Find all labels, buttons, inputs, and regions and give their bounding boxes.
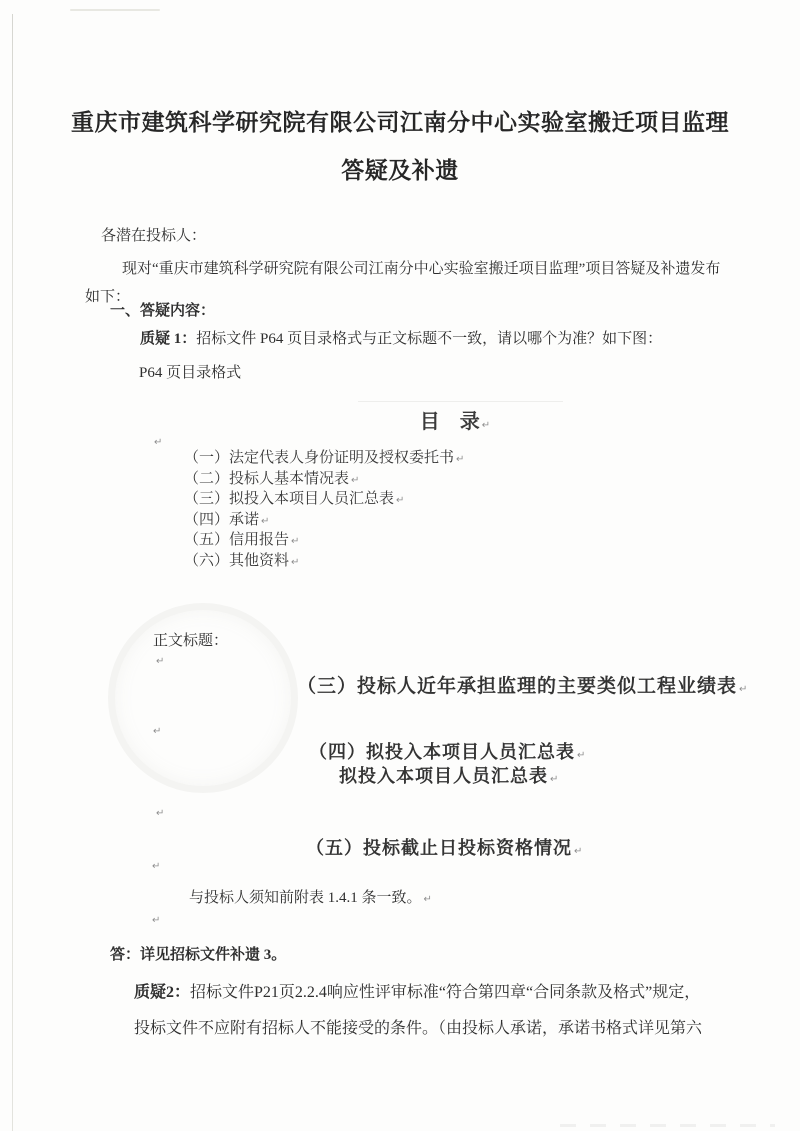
paragraph-mark-icon: ↵ [261,516,269,527]
question2-line1: 质疑2：招标文件P21页2.2.4响应性评审标准“符合第四章“合同条款及格式”规… [134,979,700,1002]
toc-item: （三）拟投入本项目人员汇总表↵ [184,490,464,511]
document-title: 重庆市建筑科学研究院有限公司江南分中心实验室搬迁项目监理 答疑及补遗 [0,99,800,195]
paragraph-mark-icon: ↵ [154,437,162,448]
question1-line: 质疑 1：招标文件 P64 页目录格式与正文标题不一致，请以哪个为准？如下图： [140,327,662,348]
toc-item: （一）法定代表人身份证明及授权委托书↵ [184,449,464,470]
toc-item: （六）其他资料↵ [184,552,464,573]
paragraph-mark-icon: ↵ [396,495,404,506]
toc-item: （五）信用报告↵ [184,531,464,552]
paragraph-mark-icon: ↵ [577,750,585,761]
toc-item: （二）投标人基本情况表↵ [184,470,464,491]
paragraph-mark-icon: ↵ [424,894,432,905]
paragraph-mark-icon: ↵ [152,915,160,926]
question2-label: 质疑2： [134,984,190,1001]
document-title-line2: 答疑及补遗 [0,147,800,195]
question1-text: 招标文件 P64 页目录格式与正文标题不一致，请以哪个为准？如下图： [196,331,662,347]
paragraph-mark-icon: ↵ [574,846,582,857]
body-titles-note: 与投标人须知前附表 1.4.1 条一致。↵ [189,886,432,907]
question2-text-line2: 投标文件不应附有招标人不能接受的条件。（由投标人承诺，承诺书格式详见第六 [134,1015,702,1038]
paragraph-mark-icon: ↵ [550,774,558,785]
paragraph-mark-icon: ↵ [482,420,490,431]
toc-list: （一）法定代表人身份证明及授权委托书↵ （二）投标人基本情况表↵ （三）拟投入本… [184,449,464,573]
toc-item: （四）承诺↵ [184,511,464,532]
paragraph-mark-icon: ↵ [351,475,359,486]
paragraph-mark-icon: ↵ [739,684,747,695]
question1-label: 质疑 1： [140,331,196,347]
document-title-line1: 重庆市建筑科学研究院有限公司江南分中心实验室搬迁项目监理 [0,99,800,147]
body-title-heading-5: （五）投标截止日投标资格情况↵ [306,834,582,860]
body-title-heading-4-sub: 拟投入本项目人员汇总表↵ [339,762,558,788]
answer1-text: 详见招标文件补遗 3。 [140,947,286,963]
answer1-label: 答： [110,947,140,963]
question2-text-line1: 招标文件P21页2.2.4响应性评审标准“符合第四章“合同条款及格式”规定， [190,984,700,1001]
scan-bottom-smudge [560,1124,775,1127]
paragraph-mark-icon: ↵ [156,656,164,667]
toc-heading: 目 录↵ [355,405,555,434]
salutation: 各潜在投标人： [101,224,206,245]
body-title-heading-3: （三）投标人近年承担监理的主要类似工程业绩表↵ [297,671,747,698]
section1-heading: 一、答疑内容： [110,299,215,320]
body-title-heading-4: （四）拟投入本项目人员汇总表↵ [309,738,585,764]
scan-top-edge-mark [70,9,160,11]
paragraph-mark-icon: ↵ [456,454,464,465]
paragraph-mark-icon: ↵ [156,808,164,819]
scan-streak-artifact [358,401,563,402]
intro-line1: 现对“重庆市建筑科学研究院有限公司江南分中心实验室搬迁项目监理”项目答疑及补遗发… [122,257,720,278]
question1-subtitle: P64 页目录格式 [139,361,241,382]
scanned-document-page: 重庆市建筑科学研究院有限公司江南分中心实验室搬迁项目监理 答疑及补遗 各潜在投标… [0,0,800,1131]
body-titles-label: 正文标题： [153,629,228,650]
paragraph-mark-icon: ↵ [152,861,160,872]
paragraph-mark-icon: ↵ [291,536,299,547]
toc-heading-text: 目 录 [420,411,480,433]
paragraph-mark-icon: ↵ [153,726,161,737]
answer1-line: 答：详见招标文件补遗 3。 [110,943,286,964]
paragraph-mark-icon: ↵ [291,557,299,568]
